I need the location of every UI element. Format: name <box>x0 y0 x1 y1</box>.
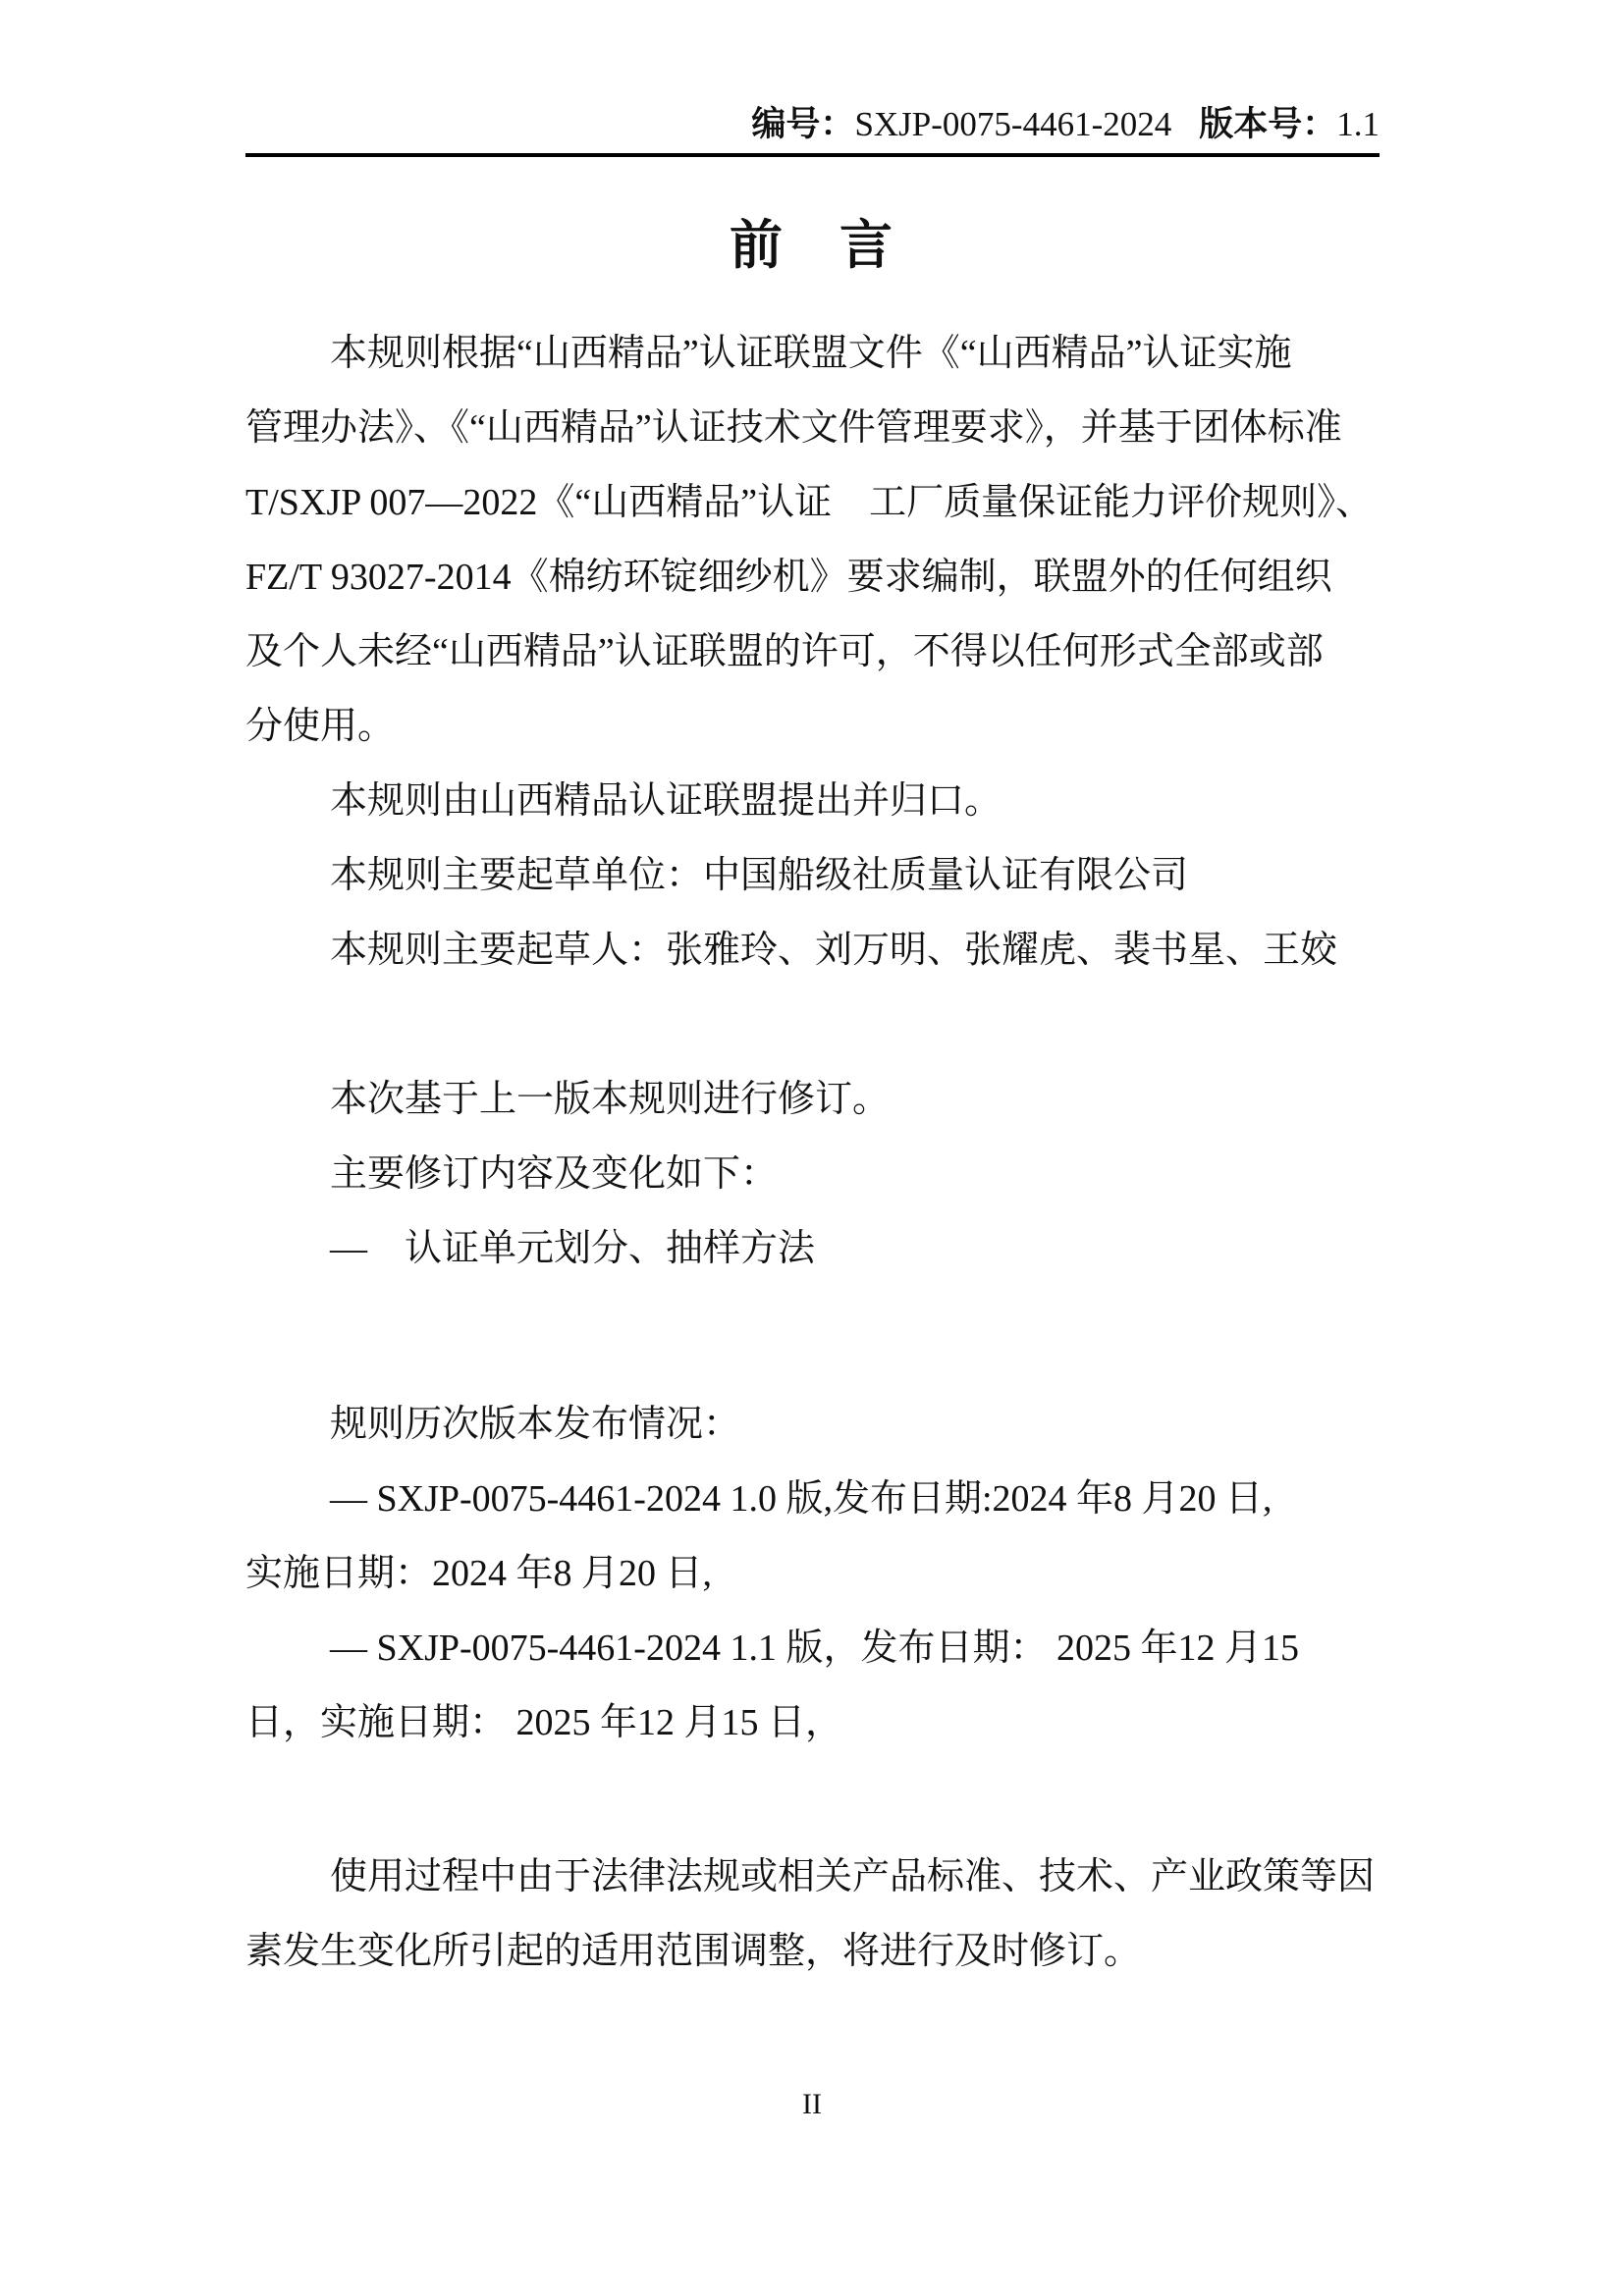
text-line: FZ/T 93027-2014《棉纺环锭细纱机》要求编制，联盟外的任何组织 <box>245 540 1394 614</box>
document-body: 本规则根据“山西精品”认证联盟文件《“山西精品”认证实施管理办法》、《“山西精品… <box>245 316 1394 1989</box>
doc-version-value: 1.1 <box>1336 105 1380 143</box>
text-line: 及个人未经“山西精品”认证联盟的许可，不得以任何形式全部或部 <box>245 614 1394 689</box>
text-line: T/SXJP 007—2022《“山西精品”认证 工厂质量保证能力评价规则》、 <box>245 465 1394 540</box>
text-line: 本规则由山西精品认证联盟提出并归口。 <box>245 764 1394 838</box>
text-line: 本次基于上一版本规则进行修订。 <box>245 1062 1394 1137</box>
doc-code-value: SXJP-0075-4461-2024 <box>854 105 1171 143</box>
text-line: 分使用。 <box>245 689 1394 764</box>
text-line: 本规则主要起草单位：中国船级社质量认证有限公司 <box>245 838 1394 913</box>
doc-code-label: 编号： <box>751 105 854 143</box>
page-title: 前 言 <box>0 206 1624 285</box>
document-header: 编号：SXJP-0075-4461-2024版本号：1.1 <box>245 104 1380 157</box>
doc-version-label: 版本号： <box>1199 105 1336 143</box>
blank-line <box>245 1286 1394 1387</box>
text-line: 主要修订内容及变化如下： <box>245 1137 1394 1211</box>
text-line: 日，实施日期： 2025 年12 月15 日， <box>245 1685 1394 1760</box>
text-line: — 认证单元划分、抽样方法 <box>245 1211 1394 1286</box>
text-line: 素发生变化所引起的适用范围调整，将进行及时修订。 <box>245 1914 1394 1989</box>
text-line: 规则历次版本发布情况： <box>245 1387 1394 1462</box>
document-page: 编号：SXJP-0075-4461-2024版本号：1.1 前 言 本规则根据“… <box>0 0 1624 2296</box>
blank-line <box>245 988 1394 1062</box>
page-number: II <box>0 2085 1624 2124</box>
text-line: 本规则主要起草人：张雅玲、刘万明、张耀虎、裴书星、王姣 <box>245 913 1394 988</box>
text-line: 实施日期：2024 年8 月20 日, <box>245 1536 1394 1611</box>
blank-line <box>245 1760 1394 1840</box>
text-line: — SXJP-0075-4461-2024 1.1 版，发布日期： 2025 年… <box>245 1611 1394 1685</box>
text-line: 使用过程中由于法律法规或相关产品标准、技术、产业政策等因 <box>245 1840 1394 1914</box>
text-line: 管理办法》、《“山西精品”认证技术文件管理要求》，并基于团体标准 <box>245 391 1394 465</box>
text-line: — SXJP-0075-4461-2024 1.0 版,发布日期:2024 年8… <box>245 1462 1394 1536</box>
text-line: 本规则根据“山西精品”认证联盟文件《“山西精品”认证实施 <box>245 316 1394 391</box>
